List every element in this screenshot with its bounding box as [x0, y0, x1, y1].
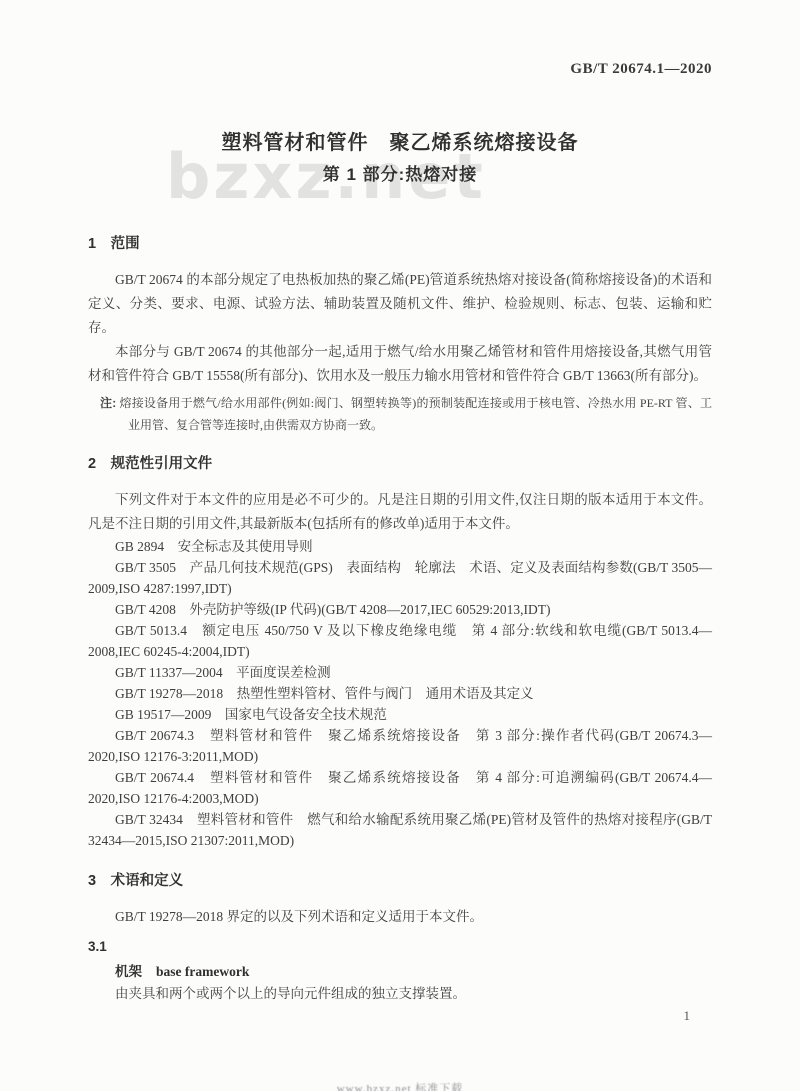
section-1-heading: 1 范围: [88, 234, 712, 254]
term-name-english: base framework: [156, 964, 249, 979]
normative-references-list: GB 2894 安全标志及其使用导则 GB/T 3505 产品几何技术规范(GP…: [88, 536, 712, 851]
note-label: 注:: [100, 396, 116, 410]
reference-item: GB/T 20674.3 塑料管材和管件 聚乙烯系统熔接设备 第 3 部分:操作…: [88, 725, 712, 767]
section-1-note: 注: 熔接设备用于燃气/给水用部件(例如:阀门、钢塑转换等)的预制装配连接或用于…: [88, 392, 712, 436]
term-number: 3.1: [88, 937, 712, 957]
footer-watermark-text: www.bzxz.net 标准下载: [337, 1083, 464, 1091]
title-line-2: 第 1 部分:热熔对接: [88, 162, 712, 188]
page-content: GB/T 20674.1—2020 塑料管材和管件 聚乙烯系统熔接设备 第 1 …: [0, 60, 800, 1005]
reference-item: GB/T 32434 塑料管材和管件 燃气和给水输配系统用聚乙烯(PE)管材及管…: [88, 809, 712, 851]
term-definition: 由夹具和两个或两个以上的导向元件组成的独立支撑装置。: [88, 983, 712, 1005]
page-number: 1: [684, 1008, 691, 1024]
reference-item: GB 2894 安全标志及其使用导则: [88, 536, 712, 557]
section-3-intro: GB/T 19278—2018 界定的以及下列术语和定义适用于本文件。: [88, 905, 712, 929]
section-1-paragraph-1: GB/T 20674 的本部分规定了电热板加热的聚乙烯(PE)管道系统热熔对接设…: [88, 268, 712, 340]
reference-item: GB/T 4208 外壳防护等级(IP 代码)(GB/T 4208—2017,I…: [88, 599, 712, 620]
reference-item: GB/T 20674.4 塑料管材和管件 聚乙烯系统熔接设备 第 4 部分:可追…: [88, 767, 712, 809]
section-3-heading: 3 术语和定义: [88, 871, 712, 891]
section-2-heading: 2 规范性引用文件: [88, 454, 712, 474]
section-1-paragraph-2: 本部分与 GB/T 20674 的其他部分一起,适用于燃气/给水用聚乙烯管材和管…: [88, 340, 712, 388]
reference-item: GB/T 19278—2018 热塑性塑料管材、管件与阀门 通用术语及其定义: [88, 683, 712, 704]
term-name-chinese: 机架: [115, 964, 142, 979]
reference-item: GB/T 11337—2004 平面度误差检测: [88, 662, 712, 683]
document-title: 塑料管材和管件 聚乙烯系统熔接设备 第 1 部分:热熔对接: [88, 128, 712, 188]
document-page: bzxz.net GB/T 20674.1—2020 塑料管材和管件 聚乙烯系统…: [0, 0, 800, 1091]
note-text: 熔接设备用于燃气/给水用部件(例如:阀门、钢塑转换等)的预制装配连接或用于核电管…: [119, 396, 712, 432]
section-2-intro: 下列文件对于本文件的应用是必不可少的。凡是注日期的引用文件,仅注日期的版本适用于…: [88, 488, 712, 536]
reference-item: GB 19517—2009 国家电气设备安全技术规范: [88, 704, 712, 725]
title-line-1: 塑料管材和管件 聚乙烯系统熔接设备: [88, 128, 712, 158]
reference-item: GB/T 5013.4 额定电压 450/750 V 及以下橡皮绝缘电缆 第 4…: [88, 620, 712, 662]
standard-number: GB/T 20674.1—2020: [88, 60, 712, 78]
reference-item: GB/T 3505 产品几何技术规范(GPS) 表面结构 轮廓法 术语、定义及表…: [88, 557, 712, 599]
footer-watermark-clipped: www.bzxz.net 标准下载: [0, 1076, 800, 1091]
term-name-line: 机架base framework: [88, 961, 712, 983]
